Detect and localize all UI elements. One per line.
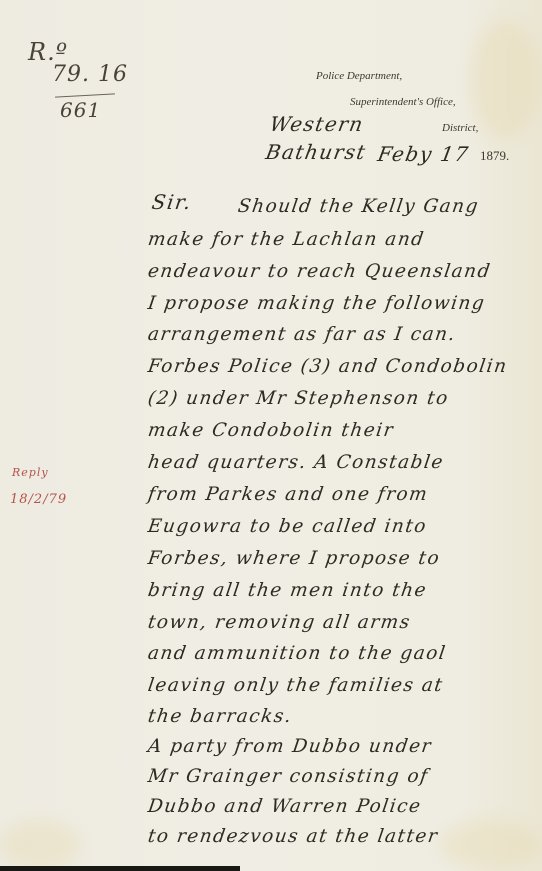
district-name: Western bbox=[268, 112, 366, 136]
letter-year: 1879. bbox=[480, 148, 509, 164]
body-line: (2) under Mr Stephenson to bbox=[147, 388, 451, 409]
body-line: town, removing all arms bbox=[147, 612, 413, 633]
paper-stain bbox=[0, 820, 80, 870]
body-line: to rendezvous at the latter bbox=[147, 826, 440, 847]
margin-note-reply: Reply bbox=[12, 466, 49, 479]
body-line: the barracks. bbox=[147, 706, 294, 727]
body-line: Forbes, where I propose to bbox=[147, 548, 442, 569]
page-bottom-edge bbox=[0, 866, 240, 871]
body-line: leaving only the families at bbox=[147, 675, 445, 696]
reference-sub-number: 661 bbox=[60, 98, 101, 122]
letter-page: R.º 79. 16 661 Police Department, Superi… bbox=[0, 0, 542, 871]
salutation: Sir. bbox=[150, 190, 193, 214]
body-line: Mr Grainger consisting of bbox=[147, 766, 430, 787]
body-line: endeavour to reach Queensland bbox=[147, 261, 493, 282]
paper-stain bbox=[470, 20, 540, 140]
body-line: Dubbo and Warren Police bbox=[147, 796, 423, 817]
body-line: head quarters. A Constable bbox=[147, 452, 446, 473]
letter-place: Bathurst bbox=[264, 140, 369, 164]
letter-date: Feby 17 bbox=[376, 142, 471, 166]
body-line: Eugowra to be called into bbox=[147, 516, 429, 537]
reference-number: 79. 16 bbox=[52, 62, 128, 87]
body-line: bring all the men into the bbox=[147, 580, 429, 601]
body-line: A party from Dubbo under bbox=[147, 736, 434, 757]
body-line: I propose making the following bbox=[147, 293, 487, 314]
reference-underline bbox=[55, 93, 115, 97]
letterhead-district-label: District, bbox=[442, 122, 478, 134]
body-line: arrangement as far as I can. bbox=[147, 324, 458, 345]
letterhead-department: Police Department, bbox=[316, 70, 402, 82]
body-line: make Condobolin their bbox=[147, 420, 396, 441]
body-line: and ammunition to the gaol bbox=[147, 643, 448, 664]
margin-note-date: 18/2/79 bbox=[10, 492, 67, 507]
body-line: from Parkes and one from bbox=[147, 484, 430, 505]
body-line: make for the Lachlan and bbox=[147, 229, 427, 250]
paper-stain bbox=[440, 820, 540, 870]
letterhead-office: Superintendent's Office, bbox=[350, 96, 456, 108]
body-line: Forbes Police (3) and Condobolin bbox=[147, 356, 509, 377]
body-line: Should the Kelly Gang bbox=[237, 196, 481, 217]
